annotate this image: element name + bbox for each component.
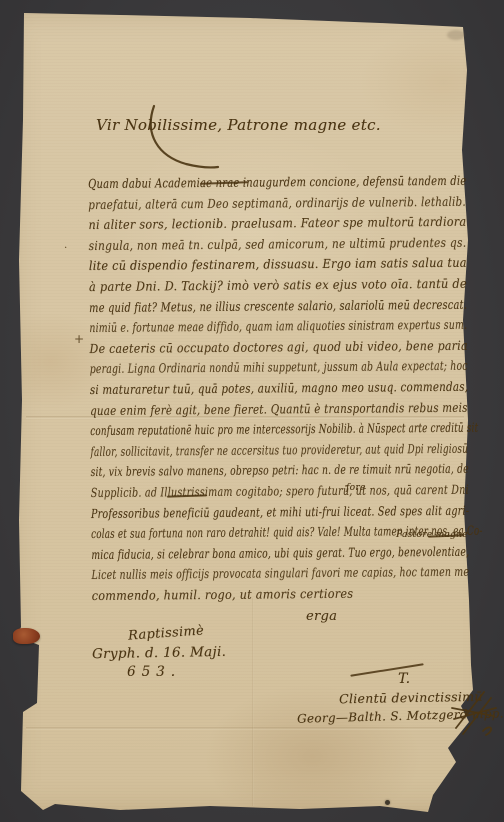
photo-mat: Vir Nobilissime, Patrone magne etc. Quam… <box>0 0 504 822</box>
catchword: erga <box>306 609 337 624</box>
ink-flourish-icon <box>118 100 238 180</box>
signature-initial: T. <box>398 671 410 687</box>
wax-seal-remnant <box>13 628 40 644</box>
marginal-mark: + <box>74 332 84 346</box>
paper-hole <box>385 800 390 805</box>
letter-body: Quam dabui Academiae nrae inaugurdem con… <box>88 173 474 609</box>
dateline-year: 653. <box>127 664 181 680</box>
interlinear-note: Pastore magne <box>396 530 468 540</box>
dateline-place-date: Gryph. d. 16. Maji. <box>92 644 226 662</box>
body-line: commendo, humil. rogo, ut amoris certior… <box>92 585 474 609</box>
signature-paraph-icon <box>450 686 498 740</box>
interlinear-note: fore <box>346 483 366 493</box>
salutation-line: Vir Nobilissime, Patrone magne etc. <box>96 116 381 134</box>
marginal-mark: . <box>64 240 67 251</box>
pencil-smudge <box>447 30 465 40</box>
